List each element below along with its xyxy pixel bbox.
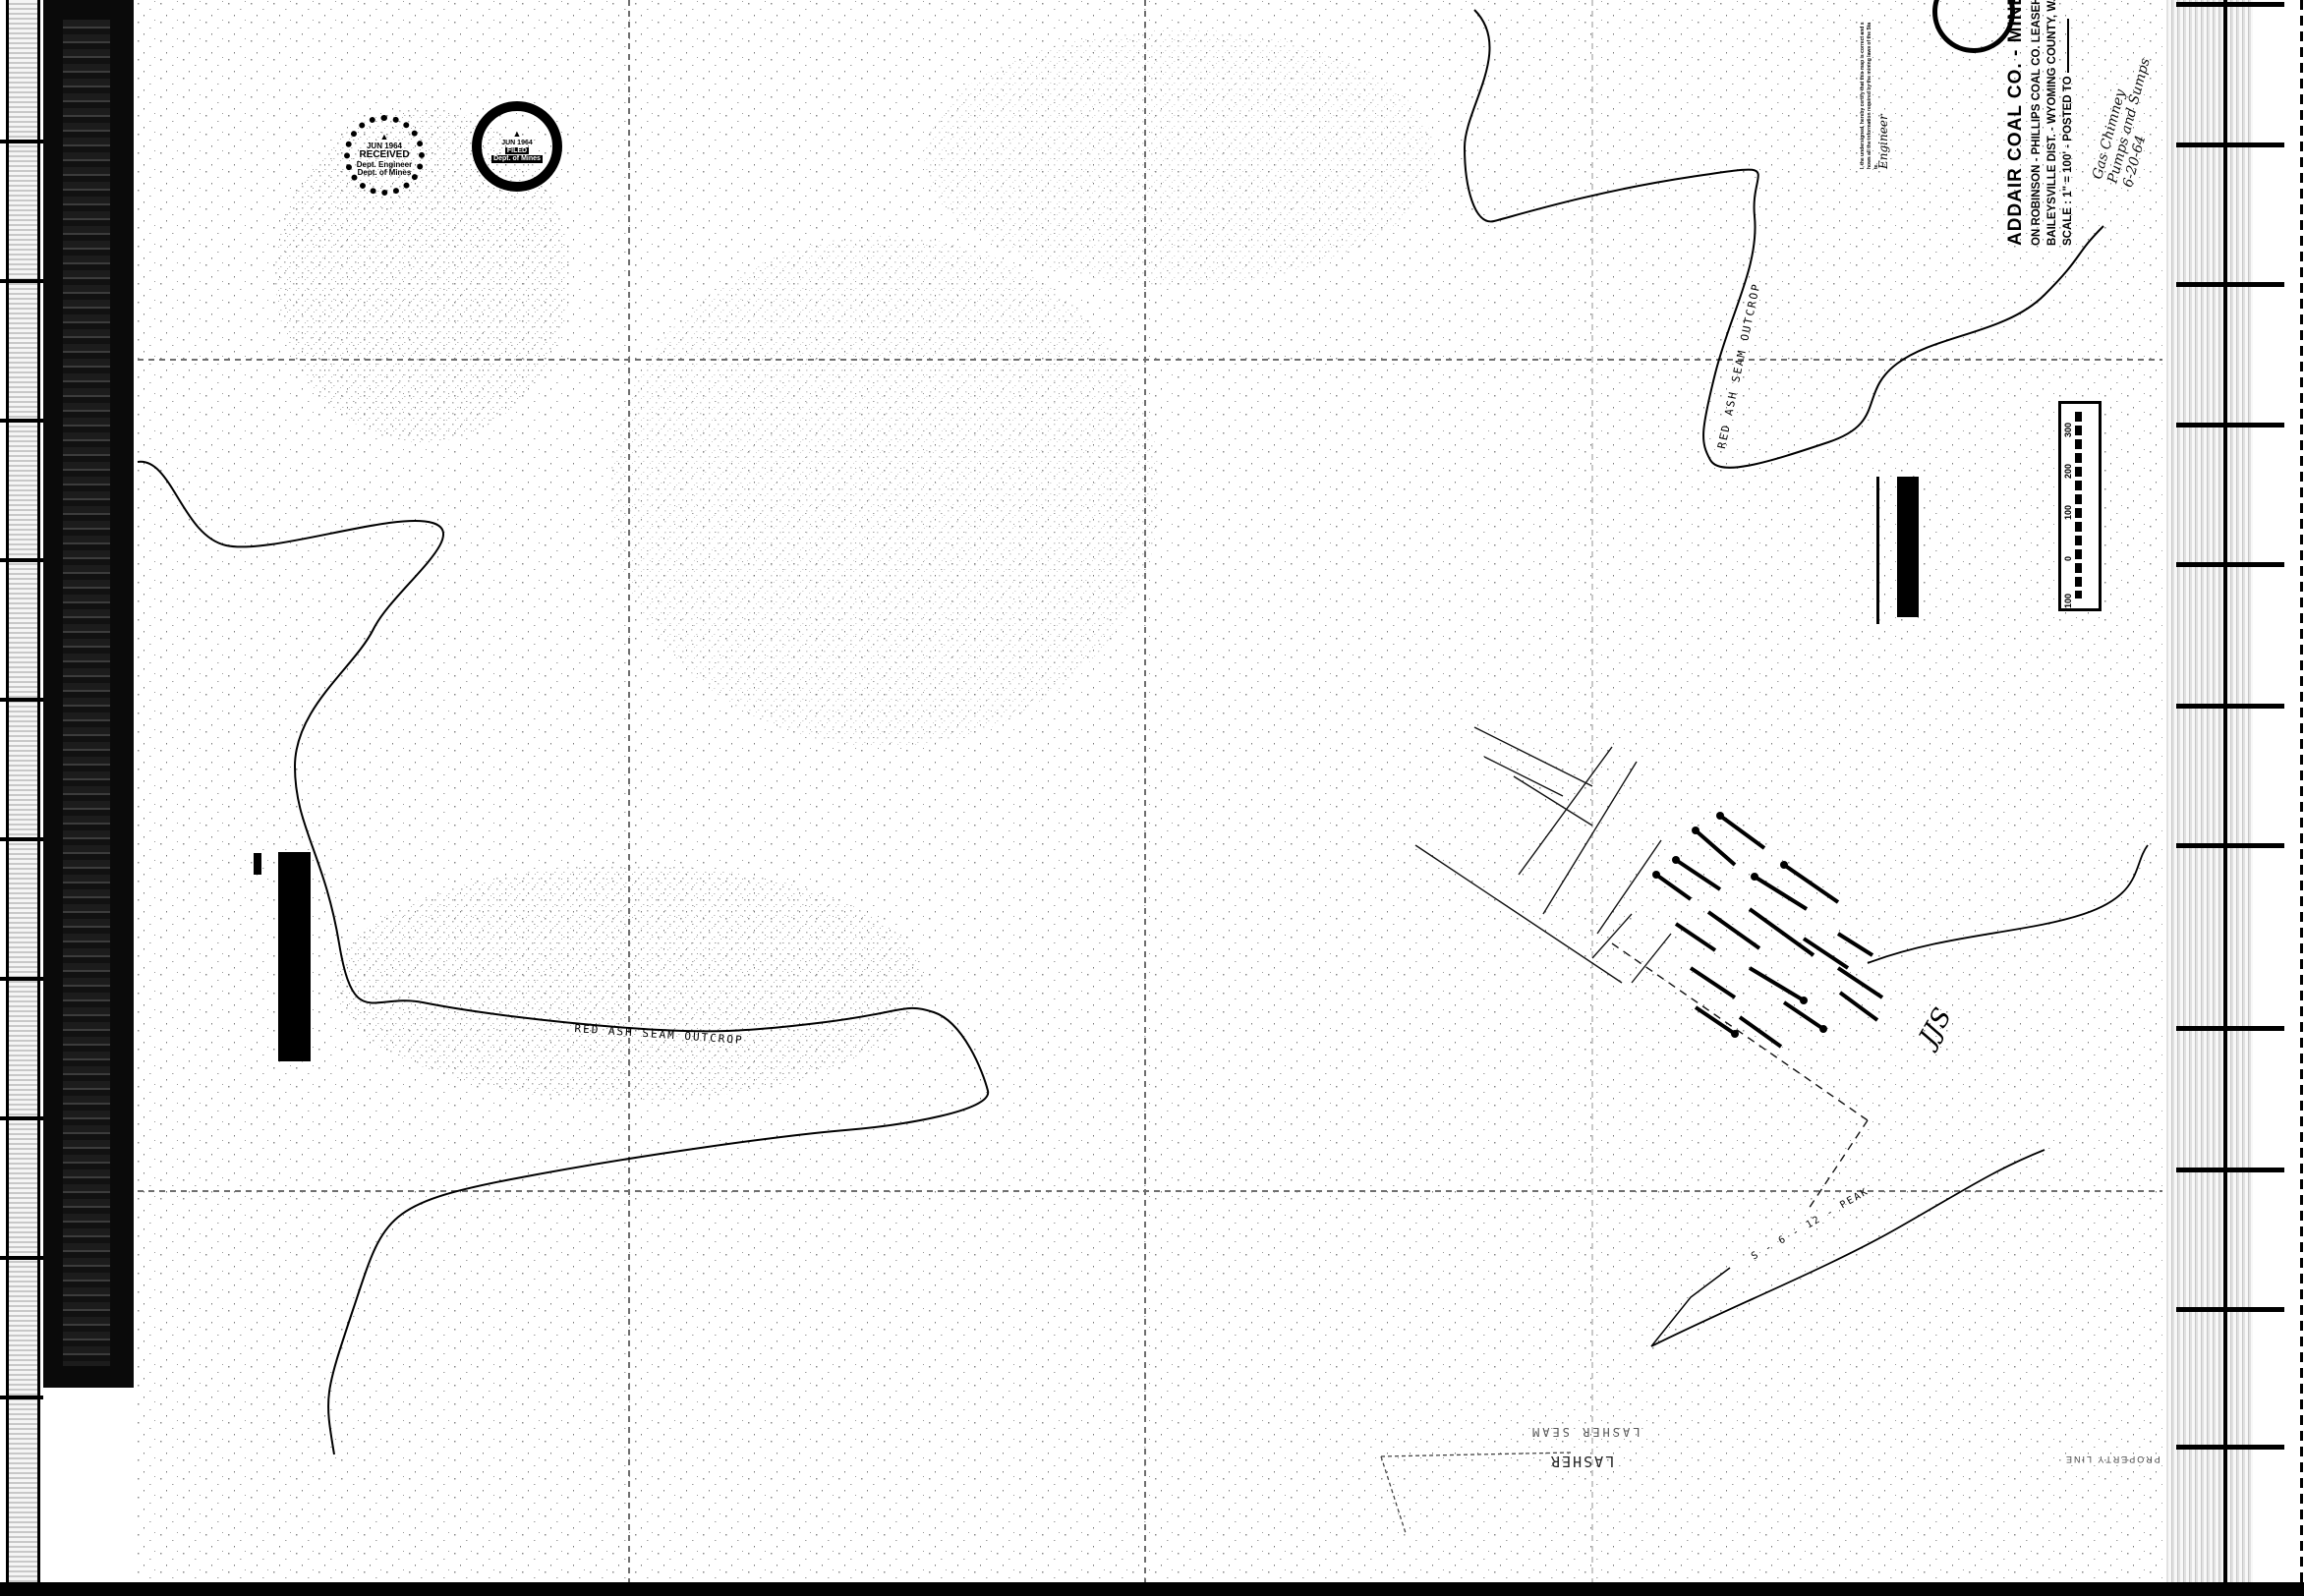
lasher-label: LASHER (1549, 1453, 1614, 1470)
map-scale-line: SCALE : 1" = 100' - POSTED TO (2062, 0, 2074, 246)
black-block-mark (254, 853, 261, 875)
scale-label: 100 (2063, 594, 2073, 608)
scale-bar: 100 0 100 200 300 (2058, 401, 2102, 611)
title-block: ADDAIR COAL CO. - MINE NO. 12 ON ROBINSO… (2005, 0, 2074, 246)
stamp-date: JUN 1964 (501, 140, 533, 146)
seam-label: LASHER SEAM (1529, 1425, 1640, 1439)
black-block-right (1897, 477, 1919, 617)
scale-label: 100 (2063, 505, 2073, 520)
black-block-edge (1876, 477, 1879, 624)
scale-label: 200 (2063, 464, 2073, 479)
map-linework (0, 0, 2304, 1596)
corner-note: PROPERTY LINE (2064, 1454, 2160, 1464)
stamp-arrow-icon: ▲ (513, 130, 522, 139)
right-margin-strip (2162, 0, 2304, 1596)
received-stamp: ▲ JUN 1964 RECEIVED Dept. Engineer Dept.… (344, 115, 425, 196)
black-block-left (278, 852, 311, 1061)
bottom-border (0, 1582, 2304, 1596)
binding-bar (43, 0, 134, 1388)
scale-label: 0 (2063, 556, 2073, 561)
scale-text: SCALE : 1" = 100' - POSTED TO (2062, 76, 2074, 246)
stamp-main-text: FILED (505, 147, 529, 154)
map-title: ADDAIR COAL CO. - MINE NO. 12 (2005, 0, 2027, 246)
certification-block: I, the undersigned, hereby certify that … (1860, 22, 1887, 169)
left-margin-strip (0, 0, 138, 1596)
stamp-sub-text: Dept. of Mines (358, 169, 412, 177)
stamp-sub-text: Dept. of Mines (491, 155, 543, 162)
scale-label: 300 (2063, 423, 2073, 437)
filed-stamp: ▲ JUN 1964 FILED Dept. of Mines (472, 101, 562, 192)
certification-signature: Engineer (1880, 22, 1887, 169)
map-subtitle-district: BAILEYSVILLE DIST. - WYOMING COUNTY, W. (2046, 0, 2058, 246)
map-subtitle-lease: ON ROBINSON - PHILLIPS COAL CO. LEASEHOL (2031, 0, 2043, 246)
mine-map-sheet: ▲ JUN 1964 RECEIVED Dept. Engineer Dept.… (0, 0, 2304, 1596)
